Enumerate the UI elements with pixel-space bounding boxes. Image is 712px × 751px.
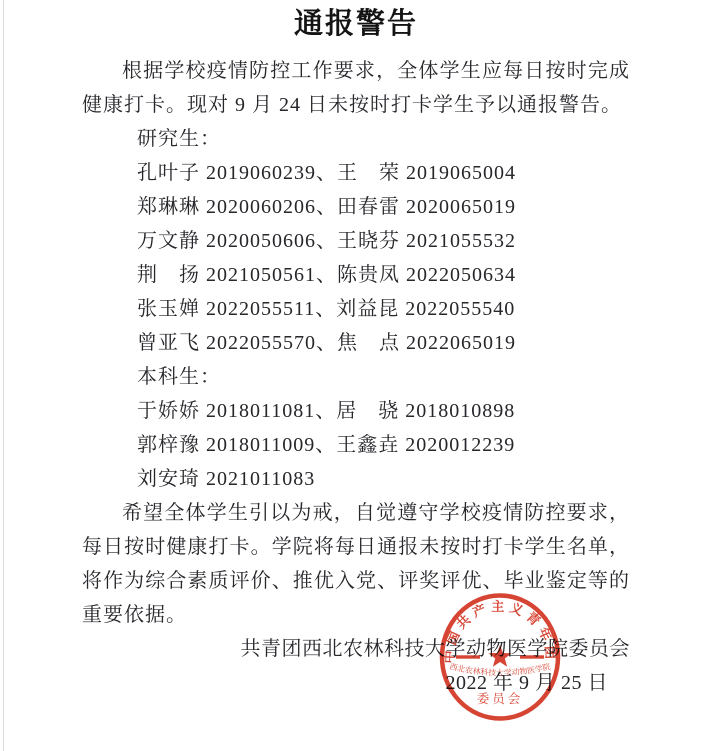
student-row: 郑琳琳 2020060206、田春雷 2020065019 (82, 190, 630, 224)
official-seal: 中国共产主义青年团 西北农林科技大学动物医学院 委员会 (428, 585, 572, 729)
student-row: 刘安琦 2021011083 (82, 462, 630, 496)
para1-line2: 健康打卡。现对 9 月 24 日未按时打卡学生予以通报警告。 (82, 88, 630, 122)
para1-line1: 根据学校疫情防控工作要求，全体学生应每日按时完成 (82, 54, 630, 88)
seal-org-text: 西北农林科技大学动物医学院 (449, 662, 552, 677)
student-row: 张玉婵 2022055511、刘益昆 2022055540 (82, 292, 630, 326)
student-row: 荆 扬 2021050561、陈贵凤 2022050634 (82, 258, 630, 292)
student-row: 曾亚飞 2022055570、焦 点 2022065019 (82, 326, 630, 360)
seal-left-line (456, 655, 480, 658)
para2-line1: 希望全体学生引以为戒，自觉遵守学校疫情防控要求， (82, 496, 630, 530)
seal-committee-text: 委员会 (477, 692, 524, 706)
seal-right-line (520, 655, 544, 658)
student-row: 于娇娇 2018011081、居 骁 2018010898 (82, 394, 630, 428)
student-row: 郭梓豫 2018011009、王鑫垚 2020012239 (82, 428, 630, 462)
student-row: 万文静 2020050606、王晓芬 2021055532 (82, 224, 630, 258)
page-left-border (3, 0, 4, 751)
undergrad-section-header: 本科生： (82, 360, 630, 394)
notice-title: 通报警告 (0, 4, 712, 44)
para2-line2: 每日按时健康打卡。学院将每日通报未按时打卡学生名单， (82, 530, 630, 564)
svg-text:西北农林科技大学动物医学院: 西北农林科技大学动物医学院 (449, 662, 552, 677)
seal-star-icon (489, 645, 512, 667)
grad-section-header: 研究生： (82, 122, 630, 156)
student-row: 孔叶子 2019060239、王 荣 2019065004 (82, 156, 630, 190)
